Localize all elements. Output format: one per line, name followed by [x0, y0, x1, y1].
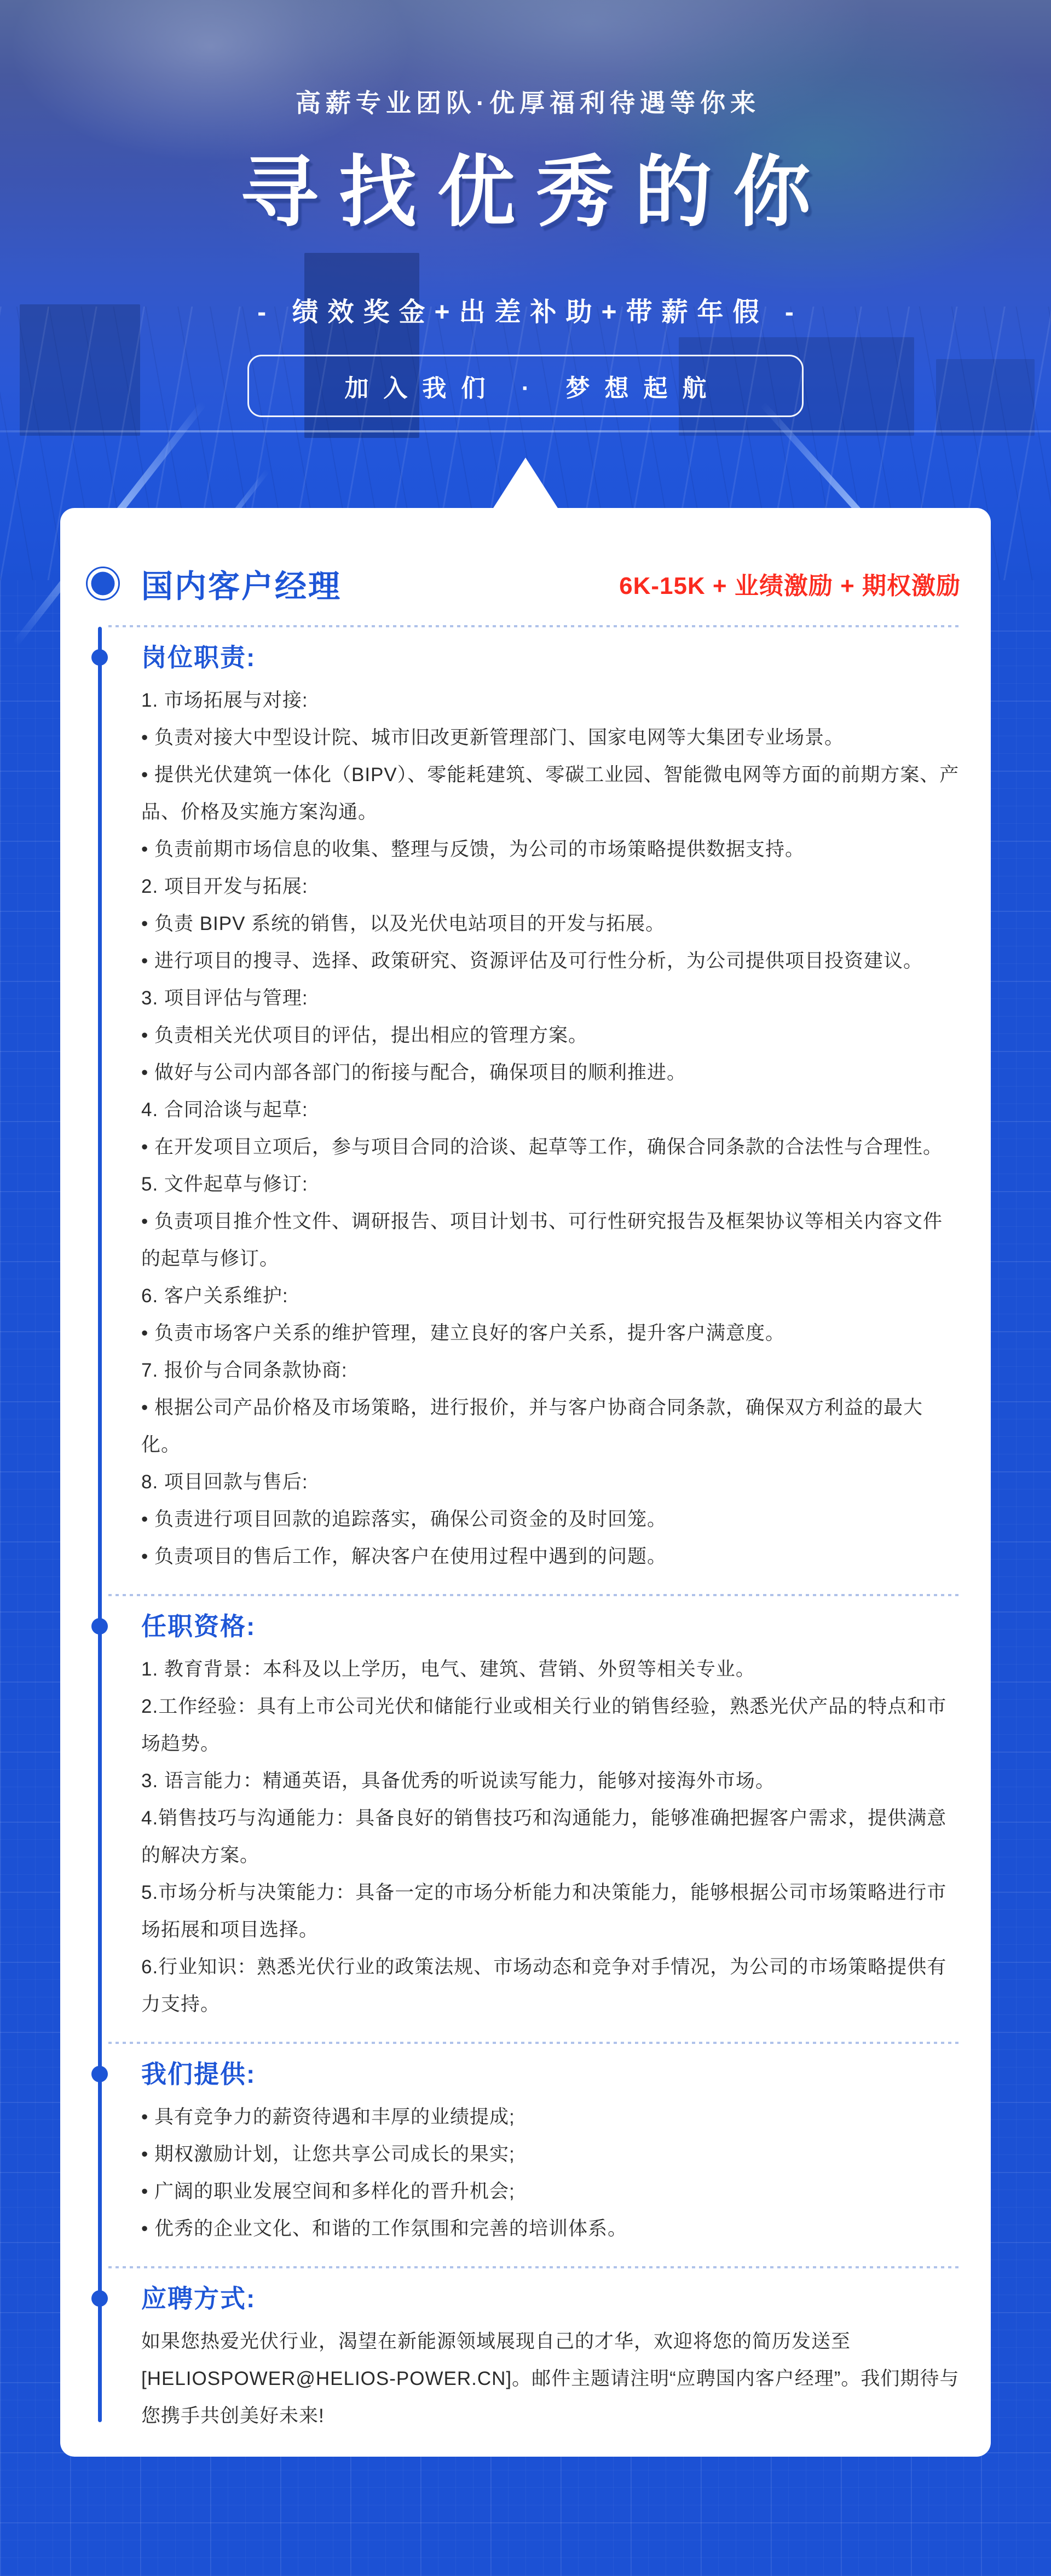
section-heading: 岗位职责: [141, 642, 961, 673]
list-item: 4.销售技巧与沟通能力：具备良好的销售技巧和沟通能力，能够准确把握客户需求，提供… [141, 1800, 961, 1874]
list-item: • 优秀的企业文化、和谐的工作氛围和完善的培训体系。 [141, 2210, 961, 2248]
list-item: 3. 项目评估与管理: [141, 980, 961, 1017]
list-item: • 负责进行项目回款的追踪落实，确保公司资金的及时回笼。 [141, 1501, 961, 1538]
section-item-list: • 具有竞争力的薪资待遇和丰厚的业绩提成;• 期权激励计划，让您共享公司成长的果… [141, 2099, 961, 2248]
hero-benefits-subtitle: - 绩效奖金+出差补助+带薪年假 - [0, 291, 1051, 328]
job-detail-card: 国内客户经理 6K-15K + 业绩激励 + 期权激励 岗位职责: 1. 市场拓… [60, 508, 991, 2457]
list-item: • 负责对接大中型设计院、城市旧改更新管理部门、国家电网等大集团专业场景。 [141, 719, 961, 756]
list-item: 6. 客户关系维护: [141, 1278, 961, 1315]
list-item: • 在开发项目立项后，参与项目合同的洽谈、起草等工作，确保合同条款的合法性与合理… [141, 1129, 961, 1166]
list-item: • 进行项目的搜寻、选择、政策研究、资源评估及可行性分析，为公司提供项目投资建议… [141, 943, 961, 980]
salary-text: 6K-15K + 业绩激励 + 期权激励 [619, 566, 961, 601]
list-item: • 负责 BIPV 系统的销售，以及光伏电站项目的开发与拓展。 [141, 905, 961, 943]
list-item: 2.工作经验：具有上市公司光伏和储能行业或相关行业的销售经验，熟悉光伏产品的特点… [141, 1688, 961, 1763]
section-how-to-apply: 应聘方式: 如果您热爱光伏行业，渴望在新能源领域展现自己的才华，欢迎将您的简历发… [141, 2283, 961, 2435]
list-item: 6.行业知识：熟悉光伏行业的政策法规、市场动态和竞争对手情况，为公司的市场策略提… [141, 1949, 961, 2023]
list-item: 4. 合同洽谈与起草: [141, 1091, 961, 1129]
recruitment-poster: 高薪专业团队·优厚福利待遇等你来 寻找优秀的你 - 绩效奖金+出差补助+带薪年假… [0, 0, 1051, 2576]
list-item: • 负责相关光伏项目的评估，提出相应的管理方案。 [141, 1017, 961, 1054]
list-item: • 做好与公司内部各部门的衔接与配合，确保项目的顺利推进。 [141, 1054, 961, 1091]
list-item: 5.市场分析与决策能力：具备一定的市场分析能力和决策能力，能够根据公司市场策略进… [141, 1874, 961, 1949]
list-item: 2. 项目开发与拓展: [141, 868, 961, 905]
dotted-divider [108, 625, 961, 627]
section-responsibilities: 岗位职责: 1. 市场拓展与对接:• 负责对接大中型设计院、城市旧改更新管理部门… [141, 642, 961, 1575]
list-item: • 提供光伏建筑一体化（BIPV）、零能耗建筑、零碳工业园、智能微电网等方面的前… [141, 756, 961, 831]
timeline-line [98, 627, 102, 2422]
list-item: 3. 语言能力：精通英语，具备优秀的听说读写能力，能够对接海外市场。 [141, 1763, 961, 1800]
list-item: • 负责项目的售后工作，解决客户在使用过程中遇到的问题。 [141, 1538, 961, 1575]
section-item-list: 1. 市场拓展与对接:• 负责对接大中型设计院、城市旧改更新管理部门、国家电网等… [141, 682, 961, 1575]
hero-tagline: 高薪专业团队·优厚福利待遇等你来 [0, 83, 1051, 119]
list-item: • 负责项目推介性文件、调研报告、项目计划书、可行性研究报告及框架协议等相关内容… [141, 1203, 961, 1278]
section-qualifications: 任职资格: 1. 教育背景：本科及以上学历，电气、建筑、营销、外贸等相关专业。2… [141, 1610, 961, 2023]
job-header: 国内客户经理 6K-15K + 业绩激励 + 期权激励 [141, 561, 961, 607]
section-heading: 任职资格: [141, 1610, 961, 1642]
list-item: • 期权激励计划，让您共享公司成长的果实; [141, 2136, 961, 2173]
section-we-offer: 我们提供: • 具有竞争力的薪资待遇和丰厚的业绩提成;• 期权激励计划，让您共享… [141, 2058, 961, 2248]
job-title: 国内客户经理 [141, 561, 342, 607]
list-item: • 负责前期市场信息的收集、整理与反馈，为公司的市场策略提供数据支持。 [141, 831, 961, 868]
dotted-divider [108, 2266, 961, 2268]
list-item: • 负责市场客户关系的维护管理，建立良好的客户关系，提升客户满意度。 [141, 1315, 961, 1352]
section-heading: 我们提供: [141, 2058, 961, 2090]
list-item: • 根据公司产品价格及市场策略，进行报价，并与客户协商合同条款，确保双方利益的最… [141, 1389, 961, 1464]
list-item: 1. 市场拓展与对接: [141, 682, 961, 719]
join-us-button[interactable]: 加入我们 · 梦想起航 [247, 355, 804, 417]
job-title-bullet-icon [86, 567, 120, 600]
section-heading: 应聘方式: [141, 2283, 961, 2314]
apply-paragraph: 如果您热爱光伏行业，渴望在新能源领域展现自己的才华，欢迎将您的简历发送至 [HE… [141, 2323, 961, 2435]
list-item: 8. 项目回款与售后: [141, 1464, 961, 1501]
section-item-list: 如果您热爱光伏行业，渴望在新能源领域展现自己的才华，欢迎将您的简历发送至 [HE… [141, 2323, 961, 2435]
dotted-divider [108, 2042, 961, 2044]
card-pointer-triangle [490, 458, 561, 512]
hero-title: 寻找优秀的你 [0, 154, 1051, 232]
list-item: • 广阔的职业发展空间和多样化的晋升机会; [141, 2173, 961, 2210]
list-item: • 具有竞争力的薪资待遇和丰厚的业绩提成; [141, 2099, 961, 2136]
dotted-divider [108, 1594, 961, 1596]
section-item-list: 1. 教育背景：本科及以上学历，电气、建筑、营销、外贸等相关专业。2.工作经验：… [141, 1651, 961, 2023]
list-item: 1. 教育背景：本科及以上学历，电气、建筑、营销、外贸等相关专业。 [141, 1651, 961, 1688]
list-item: 5. 文件起草与修订: [141, 1166, 961, 1203]
list-item: 7. 报价与合同条款协商: [141, 1352, 961, 1389]
hero-banner: 高薪专业团队·优厚福利待遇等你来 寻找优秀的你 - 绩效奖金+出差补助+带薪年假… [0, 0, 1051, 580]
